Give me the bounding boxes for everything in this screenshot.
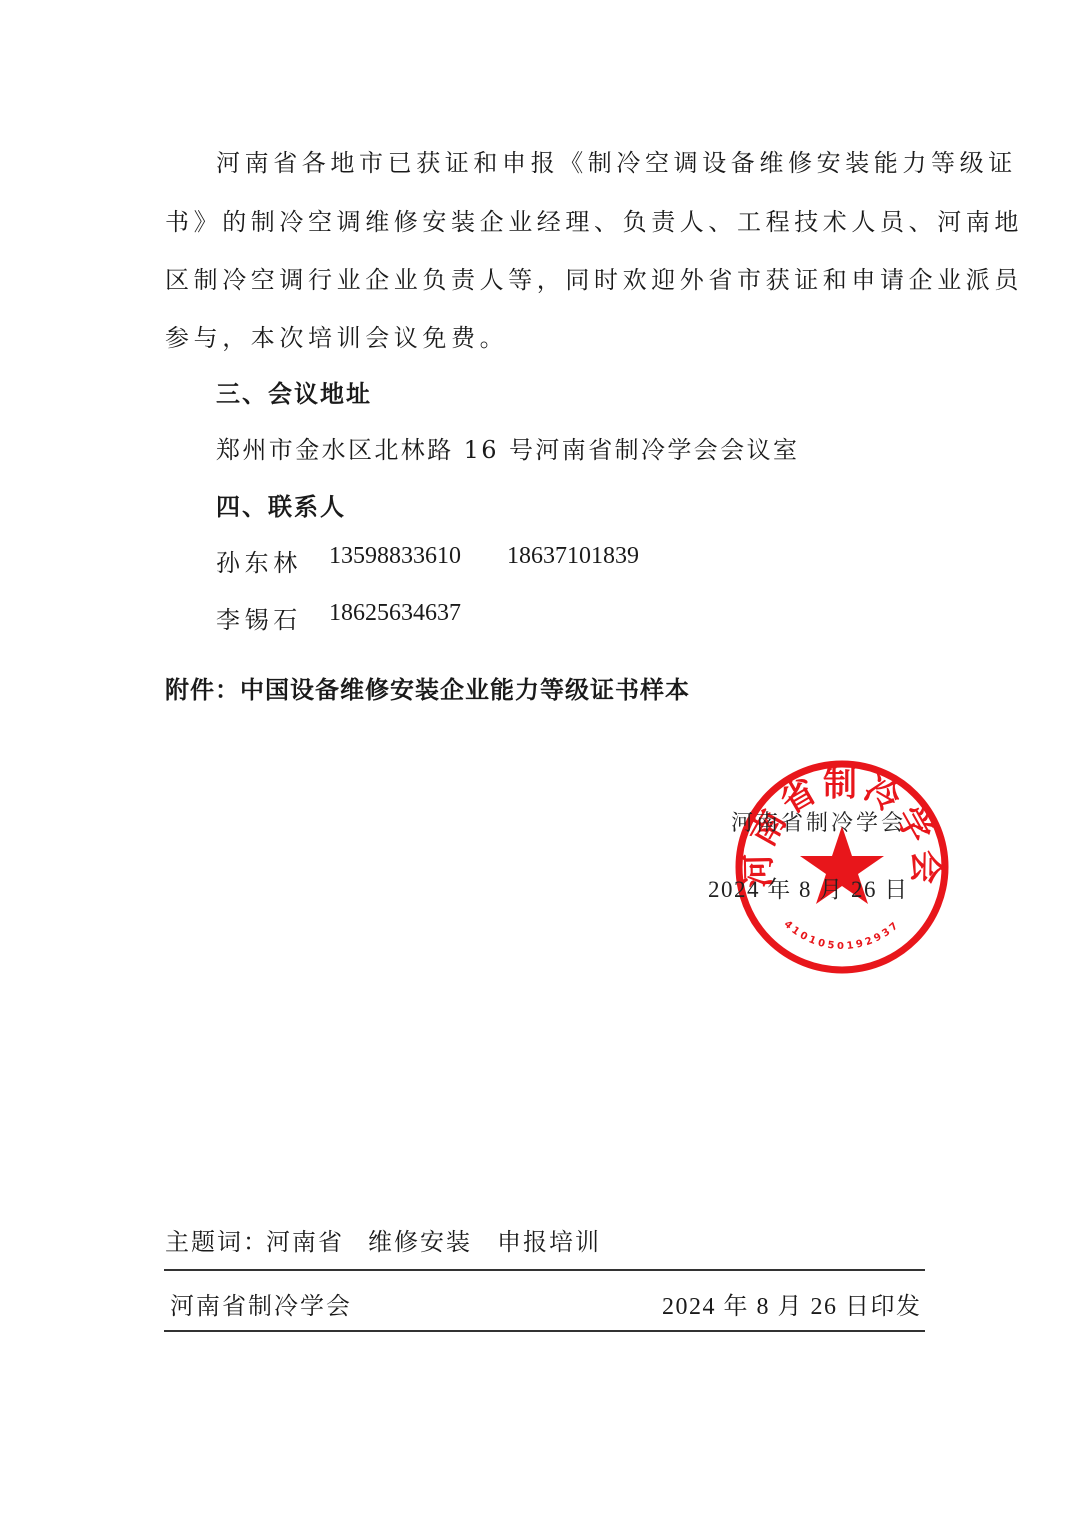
footer-issuer: 河南省制冷学会: [170, 1286, 352, 1321]
footer-issue-date: 2024 年 8 月 26 日印发: [662, 1286, 922, 1321]
signature-date: 2024 年 8 月 26 日: [708, 871, 909, 904]
attachment-line: 附件：中国设备维修安装企业能力等级证书样本: [165, 670, 690, 705]
contact-phone-1b: 18637101839: [507, 543, 639, 570]
keyword-2: 维修安装: [368, 1222, 472, 1257]
official-seal-icon: 河南省制冷学会 4101050192937: [733, 758, 951, 976]
contact-name-2: 李锡石: [216, 600, 302, 635]
meeting-address: 郑州市金水区北林路 16 号河南省制冷学会会议室: [216, 430, 799, 465]
paragraph-line-3: 区制冷空调行业企业负责人等，同时欢迎外省市获证和申请企业派员: [165, 260, 1023, 295]
keywords-label: 主题词：: [165, 1222, 269, 1257]
contact-phone-1a: 13598833610: [329, 543, 461, 570]
section-heading-address: 三、会议地址: [216, 374, 372, 409]
keyword-1: 河南省: [266, 1222, 344, 1257]
footer-divider-top: [164, 1269, 925, 1271]
svg-text:4101050192937: 4101050192937: [782, 919, 903, 952]
contact-phone-2a: 18625634637: [329, 600, 461, 627]
signature-org: 河南省制冷学会: [731, 806, 906, 837]
paragraph-line-2: 书》的制冷空调维修安装企业经理、负责人、工程技术人员、河南地: [165, 202, 1023, 237]
keyword-3: 申报培训: [497, 1222, 601, 1257]
footer-divider-bottom: [164, 1330, 925, 1332]
paragraph-line-4: 参与，本次培训会议免费。: [165, 318, 508, 353]
section-heading-contacts: 四、联系人: [216, 487, 346, 522]
contact-name-1: 孙东林: [216, 543, 302, 578]
paragraph-line-1: 河南省各地市已获证和申报《制冷空调设备维修安装能力等级证: [216, 143, 1017, 178]
